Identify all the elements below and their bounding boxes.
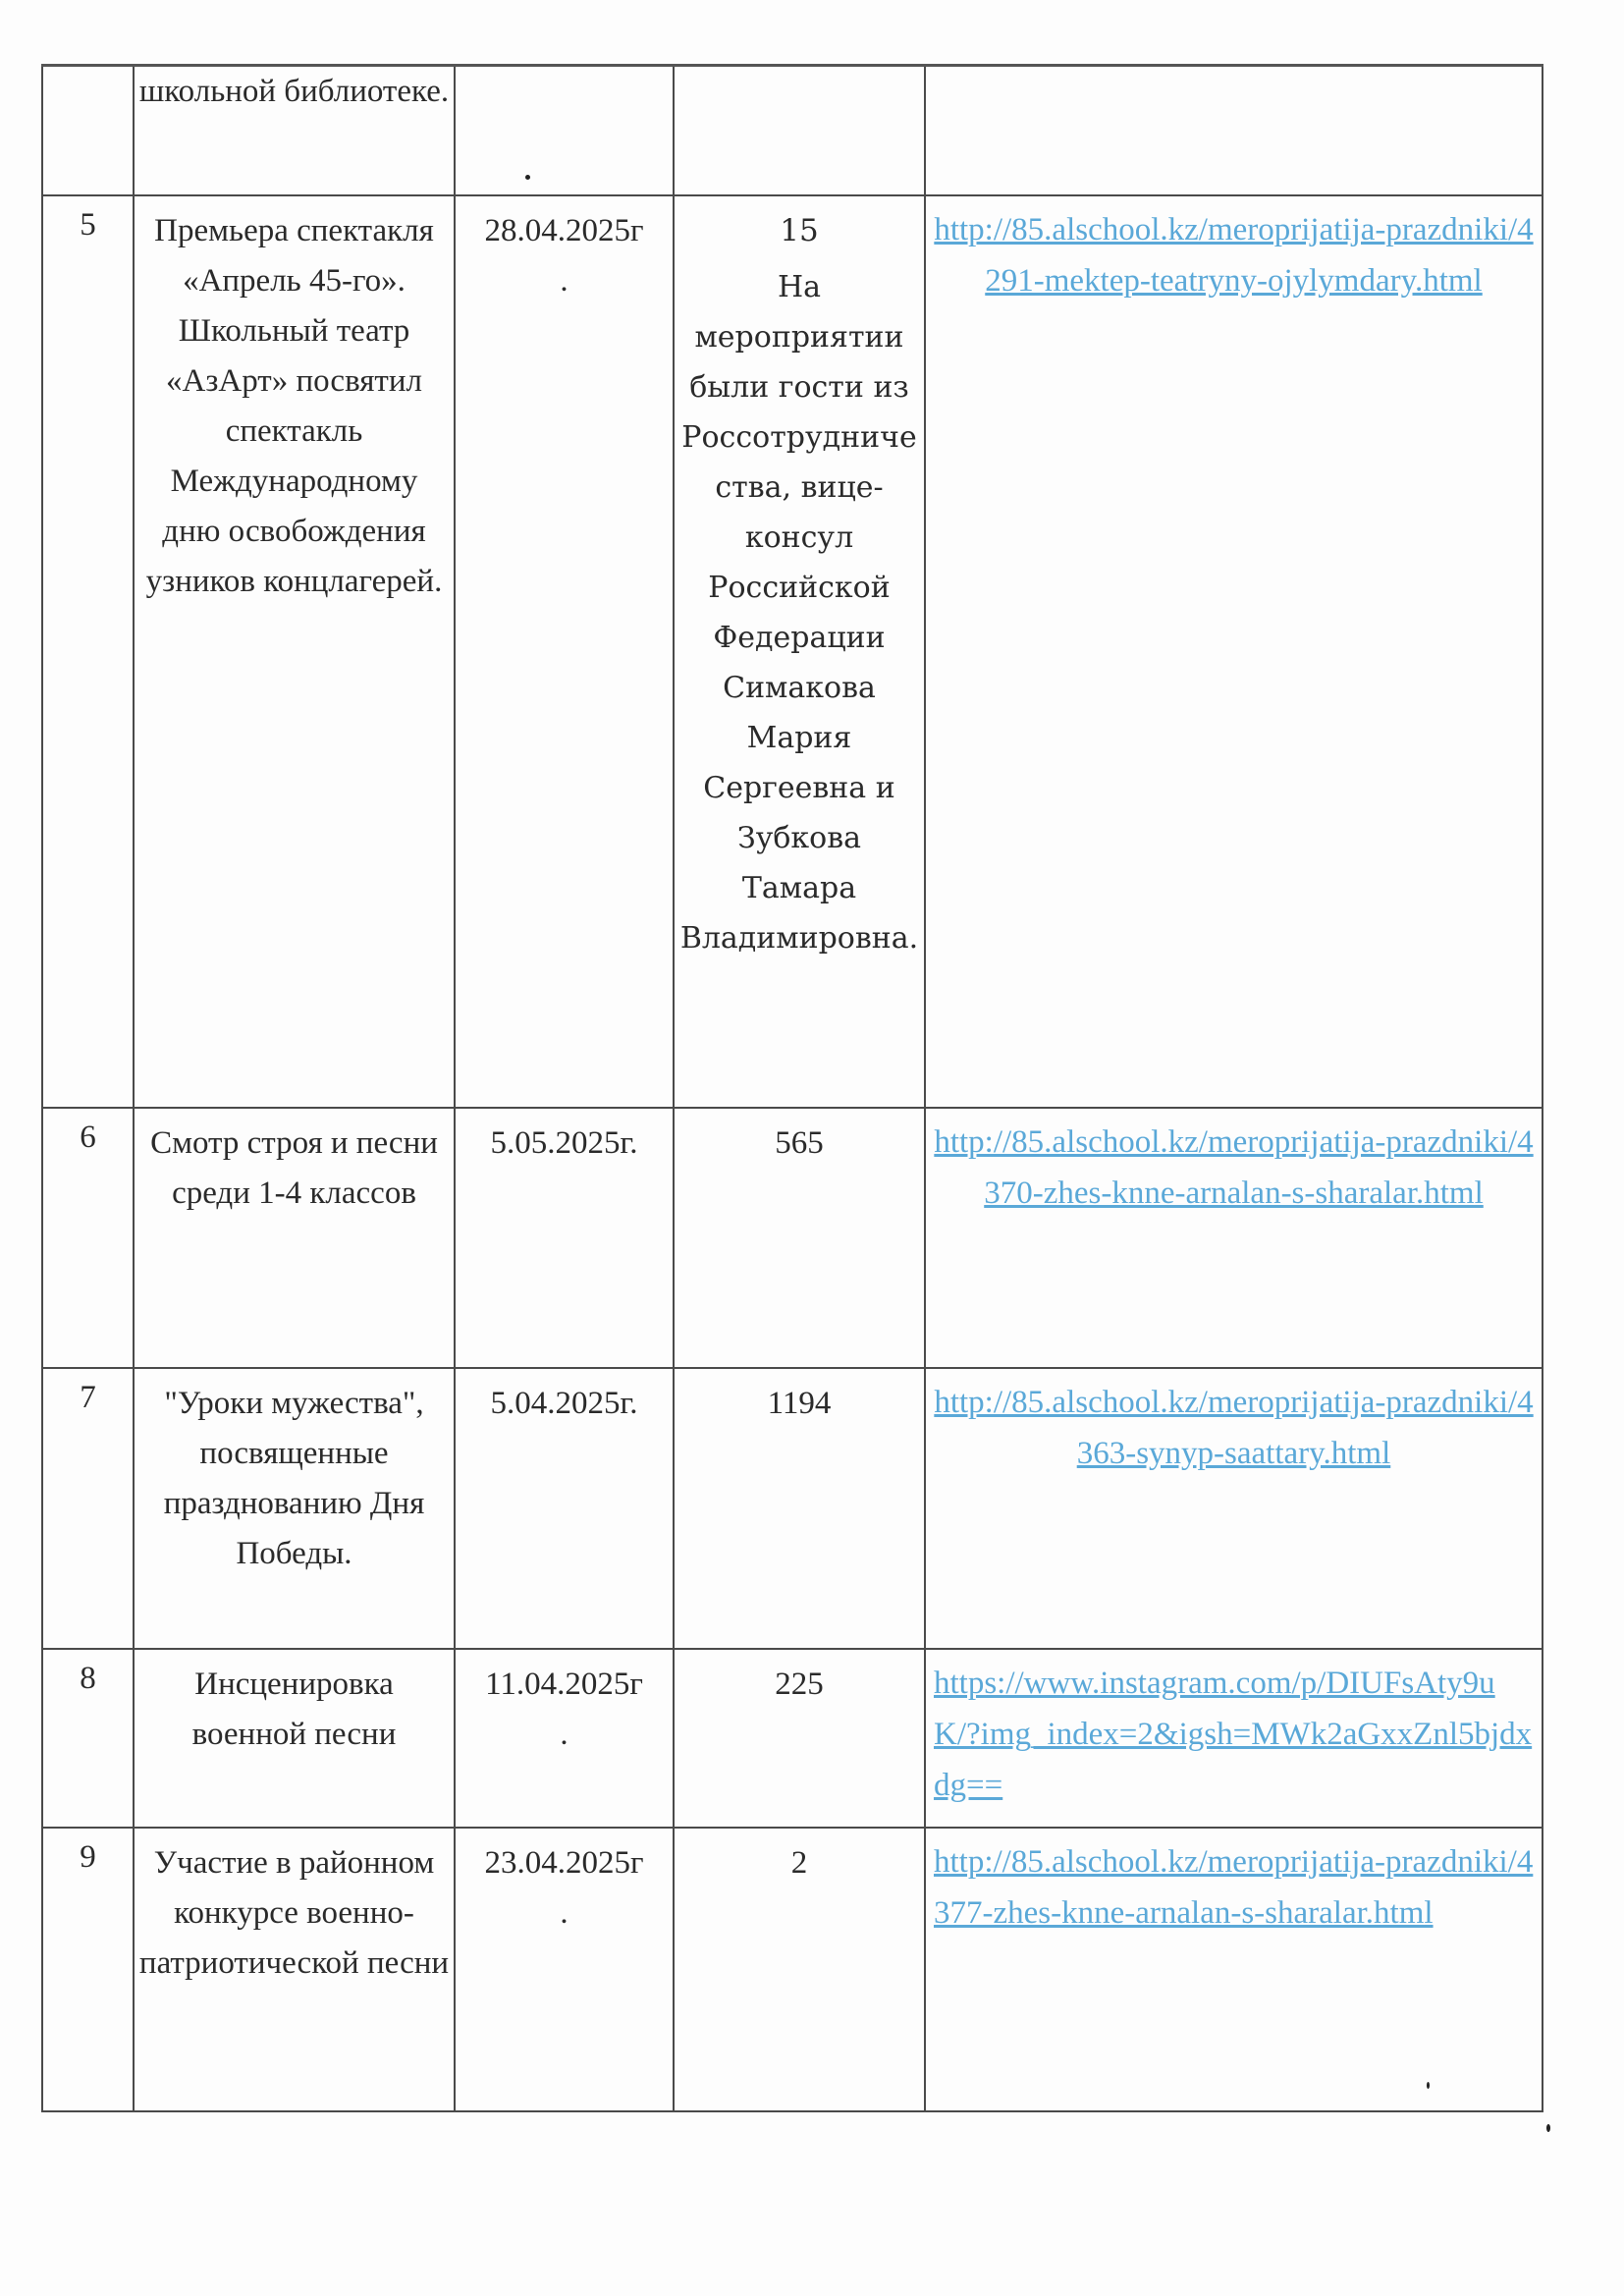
participants-count: 15: [678, 196, 920, 256]
event-text: школьной библиотеке.: [138, 67, 450, 117]
cell-link: https://www.instagram.com/p/DIUFsAty9uK/…: [925, 1649, 1543, 1828]
table-row: 9 Участие в районном конкурсе военно-пат…: [42, 1828, 1543, 2111]
participants-count: 225: [678, 1650, 920, 1710]
event-date: 28.04.2025г: [460, 196, 669, 256]
cell-date: [455, 66, 674, 195]
cell-participants: 15 На мероприятии были гости из Россотру…: [674, 195, 925, 1108]
date-suffix: .: [460, 1710, 669, 1760]
cell-participants: 565: [674, 1108, 925, 1368]
cell-participants: [674, 66, 925, 195]
event-date: 23.04.2025г: [460, 1829, 669, 1888]
table-row: 5 Премьера спектакля «Апрель 45-го». Шко…: [42, 195, 1543, 1108]
date-suffix: .: [460, 256, 669, 306]
cell-number: 8: [42, 1649, 134, 1828]
cell-event: "Уроки мужества", посвященные празднован…: [134, 1368, 455, 1649]
cell-link: http://85.alschool.kz/meroprijatija-praz…: [925, 195, 1543, 1108]
cell-number: [42, 66, 134, 195]
cell-link: http://85.alschool.kz/meroprijatija-praz…: [925, 1368, 1543, 1649]
cell-date: 23.04.2025г.: [455, 1828, 674, 2111]
cell-link: http://85.alschool.kz/meroprijatija-praz…: [925, 1828, 1543, 2111]
participants-count: 2: [678, 1829, 920, 1888]
event-text: Смотр строя и песни среди 1-4 классов: [138, 1109, 450, 1219]
cell-date: 11.04.2025г.: [455, 1649, 674, 1828]
scan-speck: [1427, 2082, 1430, 2089]
cell-participants: 2: [674, 1828, 925, 2111]
table-row-continuation: школьной библиотеке.: [42, 66, 1543, 195]
participants-note: На мероприятии были гости из Россотрудни…: [678, 256, 920, 963]
cell-date: 5.05.2025г.: [455, 1108, 674, 1368]
event-link[interactable]: http://85.alschool.kz/meroprijatija-praz…: [930, 1829, 1538, 1939]
cell-event: Участие в районном конкурсе военно-патри…: [134, 1828, 455, 2111]
cell-event: школьной библиотеке.: [134, 66, 455, 195]
scan-speck: [1546, 2124, 1550, 2132]
participants-count: 565: [678, 1109, 920, 1169]
cell-number: 6: [42, 1108, 134, 1368]
event-text: Премьера спектакля «Апрель 45-го». Школь…: [138, 196, 450, 607]
cell-event: Смотр строя и песни среди 1-4 классов: [134, 1108, 455, 1368]
event-date: 11.04.2025г: [460, 1650, 669, 1710]
event-link[interactable]: http://85.alschool.kz/meroprijatija-praz…: [930, 1369, 1538, 1479]
event-link[interactable]: http://85.alschool.kz/meroprijatija-praz…: [930, 1109, 1538, 1219]
row-number: 9: [47, 1829, 129, 1883]
participants-count: 1194: [678, 1369, 920, 1429]
row-number: 5: [47, 196, 129, 250]
event-date: 5.04.2025г.: [460, 1369, 669, 1429]
event-text: "Уроки мужества", посвященные празднован…: [138, 1369, 450, 1579]
table-row: 7 "Уроки мужества", посвященные празднов…: [42, 1368, 1543, 1649]
cell-event: Инсценировка военной песни: [134, 1649, 455, 1828]
event-link[interactable]: https://www.instagram.com/p/DIUFsAty9uK/…: [930, 1650, 1538, 1811]
cell-number: 7: [42, 1368, 134, 1649]
events-table: школьной библиотеке. 5 Премьера спектакл…: [41, 64, 1543, 2112]
row-number: 8: [47, 1650, 129, 1704]
cell-link: [925, 66, 1543, 195]
cell-number: 9: [42, 1828, 134, 2111]
cell-participants: 225: [674, 1649, 925, 1828]
event-date: 5.05.2025г.: [460, 1109, 669, 1169]
cell-event: Премьера спектакля «Апрель 45-го». Школь…: [134, 195, 455, 1108]
cell-link: http://85.alschool.kz/meroprijatija-praz…: [925, 1108, 1543, 1368]
date-suffix: .: [460, 1888, 669, 1939]
event-link[interactable]: http://85.alschool.kz/meroprijatija-praz…: [930, 196, 1538, 306]
table-row: 6 Смотр строя и песни среди 1-4 классов …: [42, 1108, 1543, 1368]
row-number: 7: [47, 1369, 129, 1423]
event-text: Участие в районном конкурсе военно-патри…: [138, 1829, 450, 1989]
cell-participants: 1194: [674, 1368, 925, 1649]
row-number: 6: [47, 1109, 129, 1163]
cell-date: 5.04.2025г.: [455, 1368, 674, 1649]
scan-speck: [525, 175, 530, 180]
cell-number: 5: [42, 195, 134, 1108]
event-text: Инсценировка военной песни: [138, 1650, 450, 1760]
scanned-page: школьной библиотеке. 5 Премьера спектакл…: [0, 0, 1624, 2296]
table-row: 8 Инсценировка военной песни 11.04.2025г…: [42, 1649, 1543, 1828]
cell-date: 28.04.2025г.: [455, 195, 674, 1108]
